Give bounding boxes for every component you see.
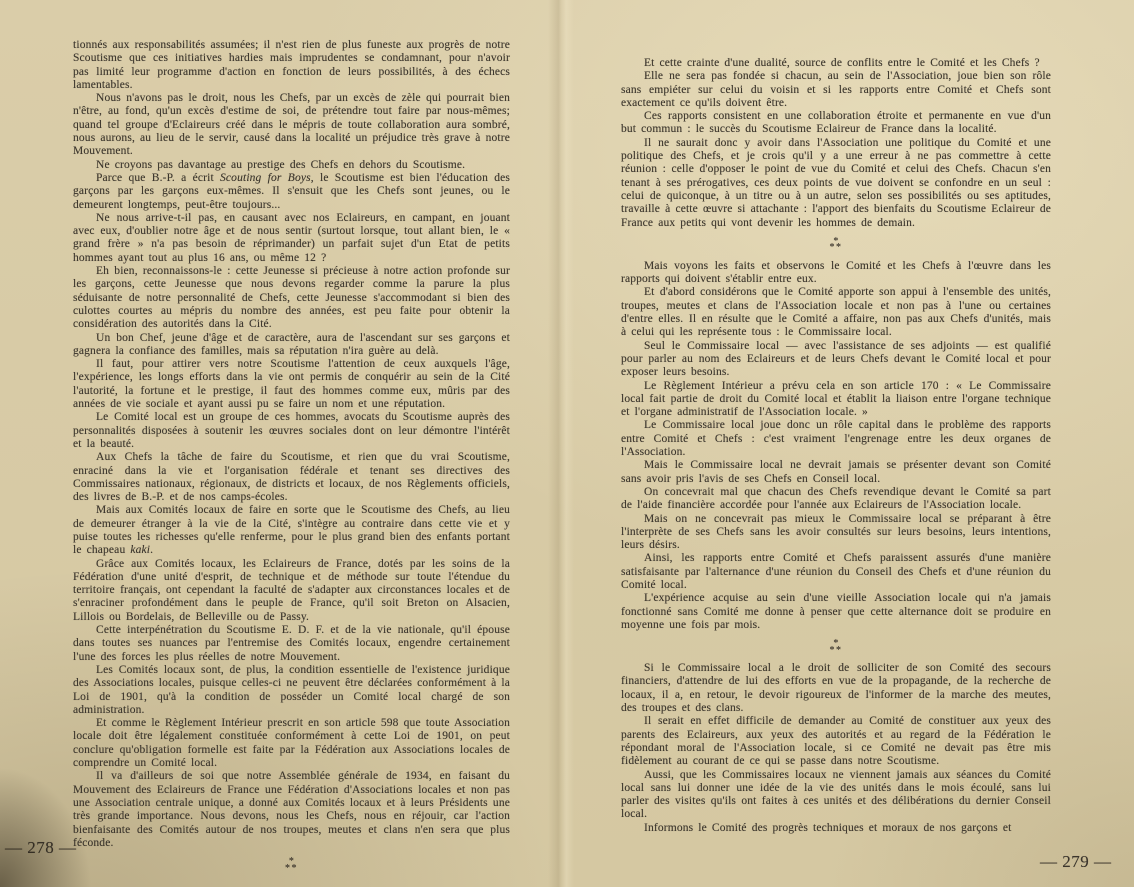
paragraph: Le Règlement Intérieur a prévu cela en s… [621, 380, 1051, 420]
paragraph: Mais on ne concevrait pas mieux le Commi… [621, 513, 1051, 553]
paragraph: Il va d'ailleurs de soi que notre Assemb… [73, 770, 510, 850]
paragraph: Mais le Commissaire local ne devrait jam… [621, 459, 1051, 486]
paragraph: L'expérience acquise au sein d'une vieil… [621, 592, 1051, 632]
paragraph: Grâce aux Comités locaux, les Eclaireurs… [73, 558, 510, 624]
paragraph: Elle ne sera pas fondée si chacun, au se… [621, 70, 1051, 110]
asterism-separator: *** [621, 239, 1051, 252]
paragraph: Et comme le Règlement Intérieur prescrit… [73, 717, 510, 770]
paragraph: Aussi, que les Commissaires locaux ne vi… [621, 769, 1051, 822]
page-number-right: — 279 — [1040, 852, 1112, 872]
paragraph: Il ne saurait donc y avoir dans l'Associ… [621, 137, 1051, 230]
paragraph: Aux Chefs la tâche de faire du Scoutisme… [73, 451, 510, 504]
paragraph: On concevrait mal que chacun des Chefs r… [621, 486, 1051, 513]
asterism-separator: *** [621, 641, 1051, 654]
paragraph: Mais aux Comités locaux de faire en sort… [73, 504, 510, 557]
gutter-crease [548, 0, 574, 887]
paragraph: Ainsi, les rapports entre Comité et Chef… [621, 552, 1051, 592]
paragraph: Et cette crainte d'une dualité, source d… [621, 57, 1051, 70]
paragraph: Ne nous arrive-t-il pas, en causant avec… [73, 212, 510, 265]
paragraph: Eh bien, reconnaissons-le : cette Jeunes… [73, 265, 510, 331]
paragraph: Nous n'avons pas le droit, nous les Chef… [73, 92, 510, 158]
paragraph: Ne croyons pas davantage au prestige des… [73, 159, 510, 172]
left-page-text: tionnés aux responsabilités assumées; il… [73, 39, 510, 880]
paragraph: Parce que B.-P. a écrit Scouting for Boy… [73, 172, 510, 212]
paragraph: Le Commissaire local joue donc un rôle c… [621, 419, 1051, 459]
paragraph: Seul le Commissaire local — avec l'assis… [621, 340, 1051, 380]
paragraph: Ces rapports consistent en une collabora… [621, 110, 1051, 137]
paragraph: Si le Commissaire local a le droit de so… [621, 662, 1051, 715]
paragraph: Un bon Chef, jeune d'âge et de caractère… [73, 332, 510, 359]
paragraph: Mais voyons les faits et observons le Co… [621, 260, 1051, 287]
page-number-left: — 278 — [5, 838, 77, 858]
paragraph: tionnés aux responsabilités assumées; il… [73, 39, 510, 92]
book-spread: tionnés aux responsabilités assumées; il… [0, 0, 1134, 887]
right-page-text: Et cette crainte d'une dualité, source d… [621, 57, 1051, 835]
asterisk-glyph: ** [830, 245, 843, 252]
asterism-separator: *** [73, 859, 510, 872]
paragraph: Et d'abord considérons que le Comité app… [621, 286, 1051, 339]
paragraph: Il faut, pour attirer vers notre Scoutis… [73, 358, 510, 411]
asterisk-glyph: ** [285, 866, 298, 873]
paragraph: Le Comité local est un groupe de ces hom… [73, 411, 510, 451]
paragraph: Informons le Comité des progrès techniqu… [621, 822, 1051, 835]
asterisk-glyph: ** [830, 648, 843, 655]
paragraph: Cette interpénétration du Scoutisme E. D… [73, 624, 510, 664]
paragraph: Il serait en effet difficile de demander… [621, 715, 1051, 768]
paragraph: Les Comités locaux sont, de plus, la con… [73, 664, 510, 717]
